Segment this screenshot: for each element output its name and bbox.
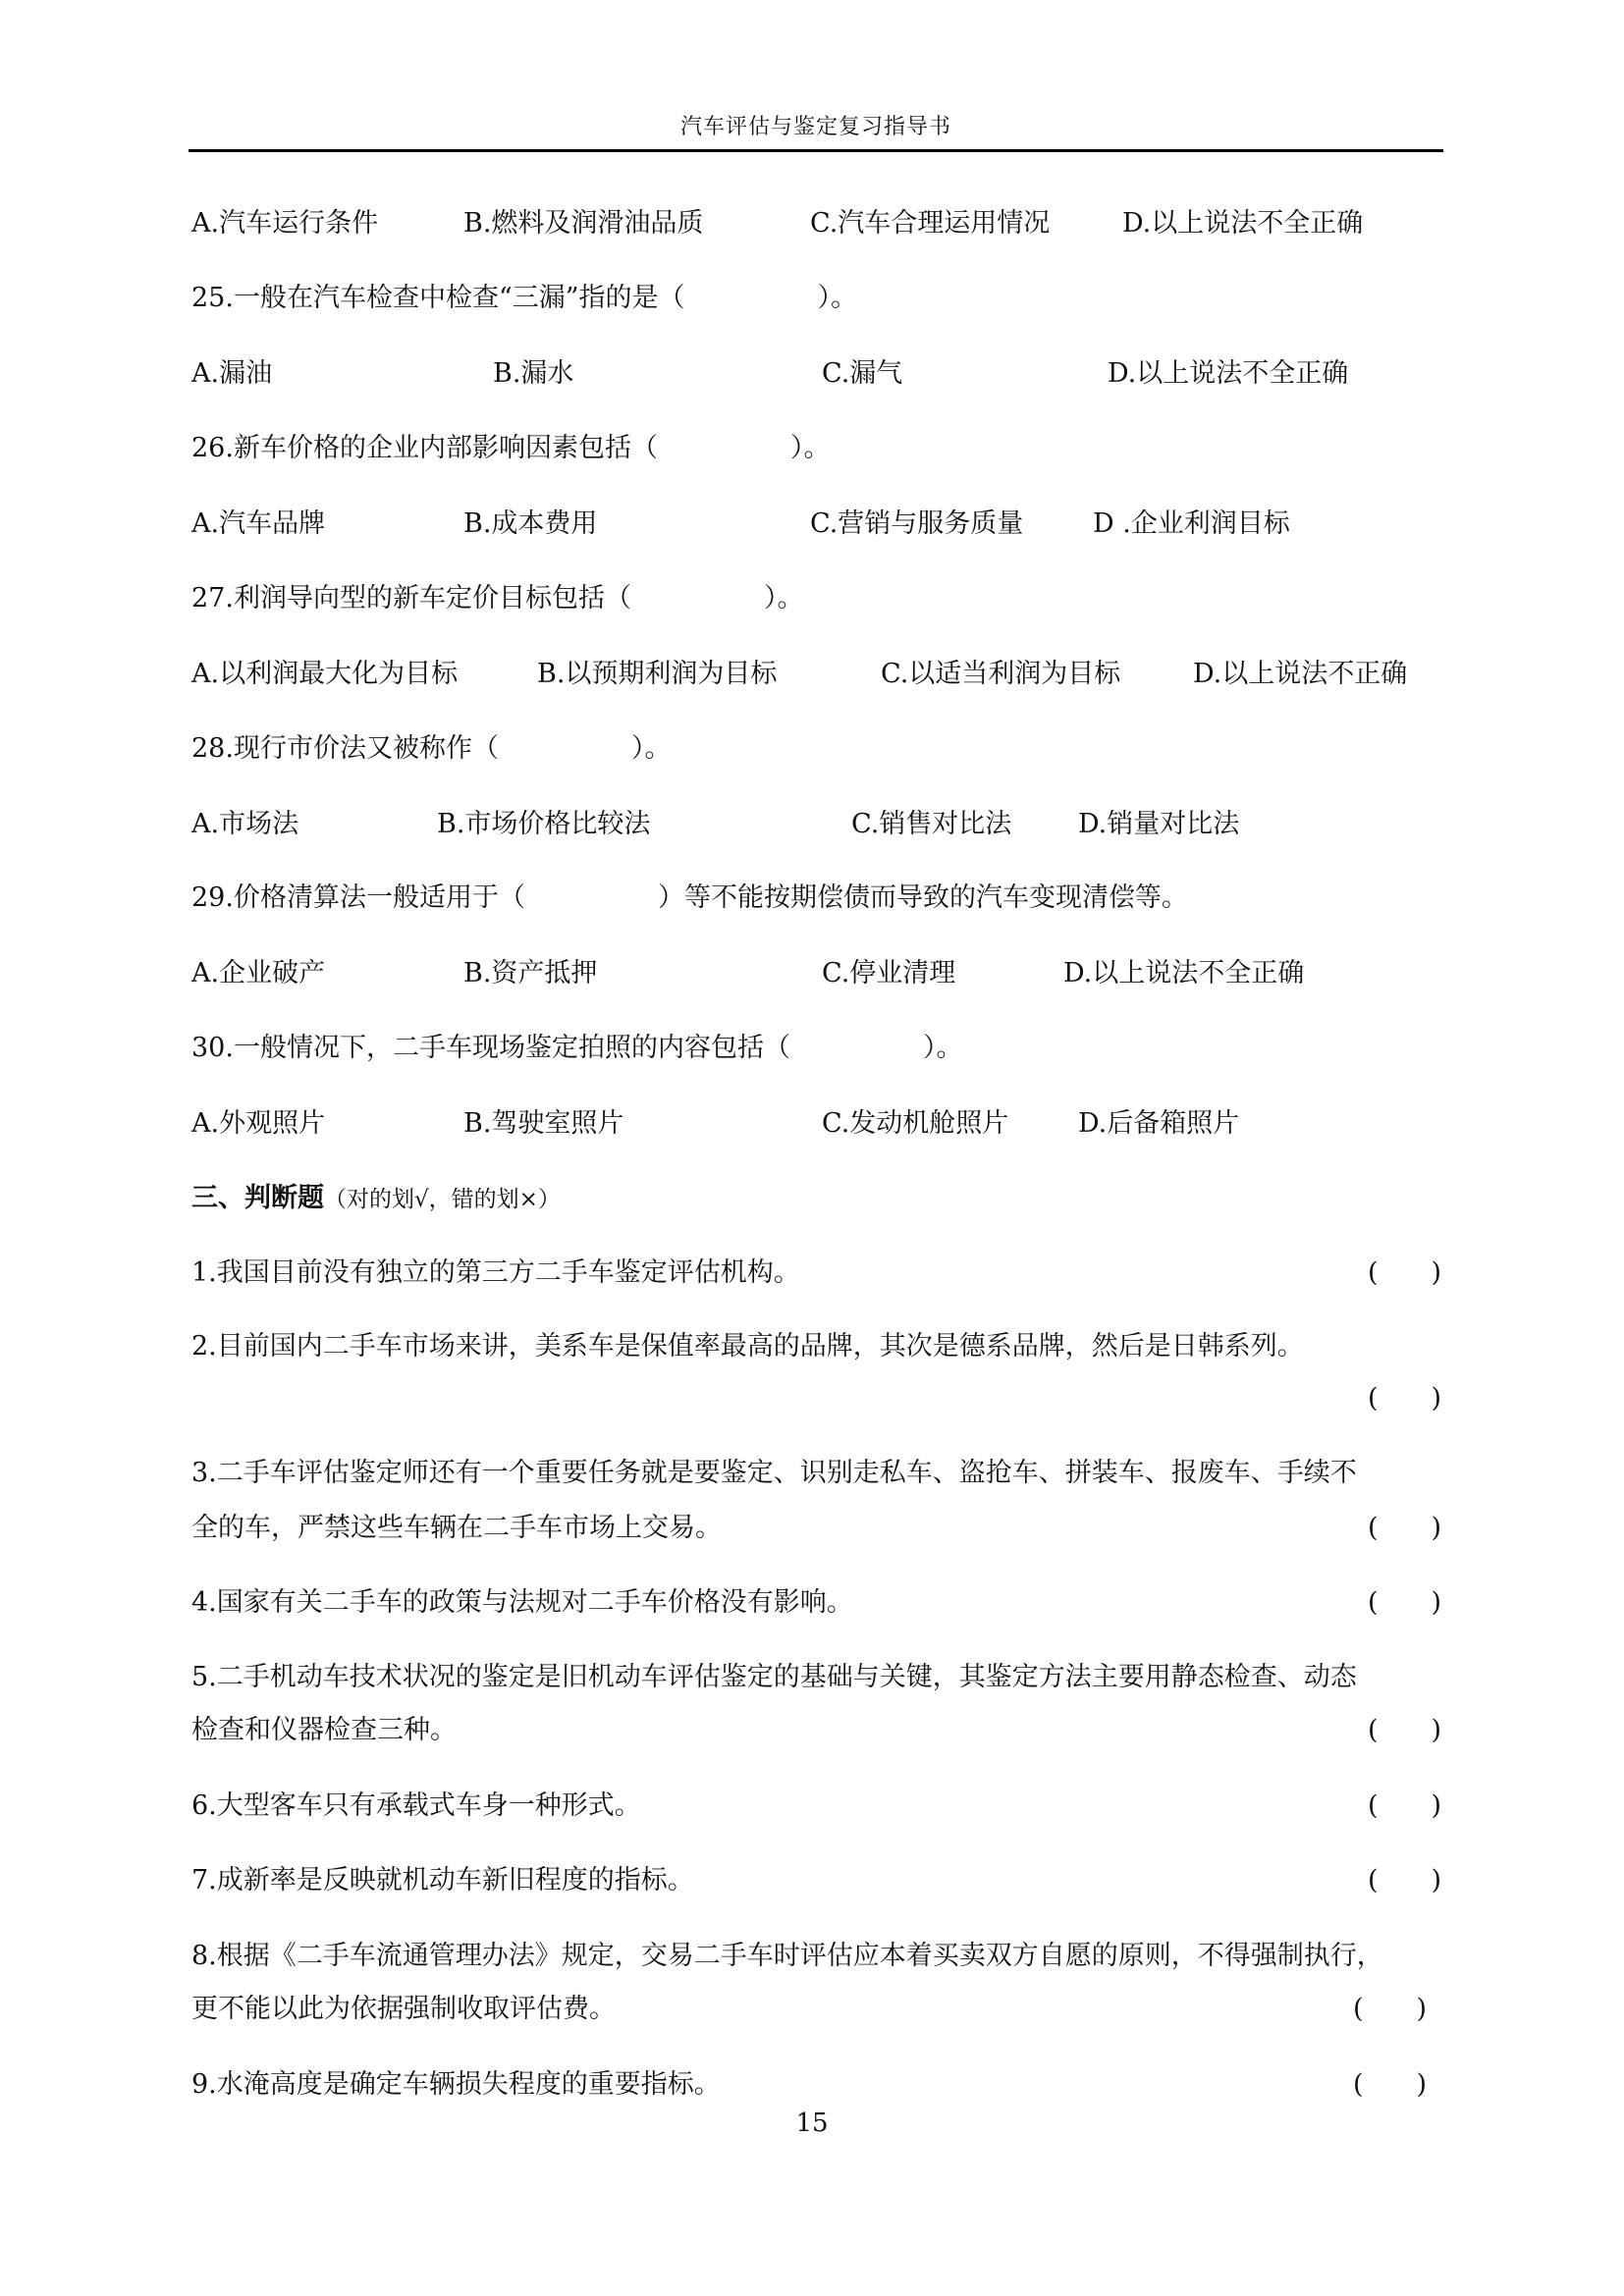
section-heading: 三、判断题（对的划√，错的划×） [191,1181,561,1217]
option-d: D.以上说法不全正确 [1122,206,1363,241]
running-header: 汽车评估与鉴定复习指导书 [189,110,1443,140]
answer-blank: ( ) [1353,2067,1427,2103]
option-b: B.漏水 [493,356,573,392]
answer-blank: ( ) [1368,1585,1441,1621]
option-b: B.驾驶室照片 [463,1106,623,1142]
answer-blank: ( ) [1368,1381,1441,1416]
tf-item-4: 4.国家有关二手车的政策与法规对二手车价格没有影响。 [191,1585,853,1621]
tf-item-6: 6.大型客车只有承载式车身一种形式。 [191,1789,641,1824]
tf-item-2: 2.目前国内二手车市场来讲，美系车是保值率最高的品牌，其次是德系品牌，然后是日韩… [191,1329,1304,1364]
tf-item-7: 7.成新率是反映就机动车新旧程度的指标。 [191,1863,694,1898]
option-a: A.企业破产 [191,956,325,991]
option-d: D.以上说法不全正确 [1063,956,1304,991]
answer-blank: ( ) [1368,1255,1441,1291]
option-c: C.销售对比法 [851,807,1011,842]
question-stem: 28.现行市价法又被称作（ ）。 [191,731,671,767]
option-c: C.停业清理 [822,956,955,991]
option-c: C.发动机舱照片 [822,1106,1008,1142]
option-c: C.汽车合理运用情况 [810,206,1050,241]
option-a: A.汽车运行条件 [191,206,378,241]
tf-item-8-line2: 更不能以此为依据强制收取评估费。 [191,1992,616,2027]
option-d: D.后备箱照片 [1078,1106,1239,1142]
option-b: B.燃料及润滑油品质 [463,206,703,241]
answer-blank: ( ) [1368,1511,1441,1546]
option-a: A.以利润最大化为目标 [191,657,458,692]
option-b: B.市场价格比较法 [437,807,650,842]
answer-blank: ( ) [1368,1863,1441,1898]
answer-blank: ( ) [1353,1992,1427,2027]
section-title: 三、判断题 [191,1183,324,1213]
section-note: （对的划√，错的划×） [324,1187,561,1212]
tf-item-3-line1: 3.二手车评估鉴定师还有一个重要任务就是要鉴定、识别走私车、盗抢车、拼装车、报废… [191,1456,1357,1491]
question-stem: 25.一般在汽车检查中检查“三漏”指的是（ ）。 [191,281,857,316]
option-b: B.成本费用 [463,507,597,542]
option-d: D.以上说法不全正确 [1108,356,1348,392]
tf-item-8-line1: 8.根据《二手车流通管理办法》规定，交易二手车时评估应本着买卖双方自愿的原则，不… [191,1939,1383,1974]
option-d: D.以上说法不正确 [1193,657,1407,692]
option-b: B.以预期利润为目标 [537,657,777,692]
option-c: C.漏气 [822,356,902,392]
question-stem: 30.一般情况下，二手车现场鉴定拍照的内容包括（ ）。 [191,1031,962,1066]
header-rule [189,149,1443,152]
option-d: D.销量对比法 [1078,807,1239,842]
tf-item-1: 1.我国目前没有独立的第三方二手车鉴定评估机构。 [191,1255,800,1291]
option-c: C.营销与服务质量 [810,507,1023,542]
question-stem: 29.价格清算法一般适用于（ ）等不能按期偿债而导致的汽车变现清偿等。 [191,881,1188,916]
option-c: C.以适当利润为目标 [881,657,1120,692]
answer-blank: ( ) [1368,1713,1441,1748]
question-stem: 27.利润导向型的新车定价目标包括（ ）。 [191,581,803,616]
option-a: A.市场法 [191,807,298,842]
question-stem: 26.新车价格的企业内部影响因素包括（ ）。 [191,431,830,466]
option-a: A.外观照片 [191,1106,325,1142]
tf-item-5-line1: 5.二手机动车技术状况的鉴定是旧机动车评估鉴定的基础与关键，其鉴定方法主要用静态… [191,1660,1357,1695]
tf-item-5-line2: 检查和仪器检查三种。 [191,1713,457,1748]
tf-item-9: 9.水淹高度是确定车辆损失程度的重要指标。 [191,2067,721,2103]
answer-blank: ( ) [1368,1789,1441,1824]
option-a: A.漏油 [191,356,272,392]
option-b: B.资产抵押 [463,956,597,991]
option-d: D .企业利润目标 [1093,507,1290,542]
page-number: 15 [0,2109,1624,2138]
option-a: A.汽车品牌 [191,507,325,542]
tf-item-3-line2: 全的车，严禁这些车辆在二手车市场上交易。 [191,1511,722,1546]
